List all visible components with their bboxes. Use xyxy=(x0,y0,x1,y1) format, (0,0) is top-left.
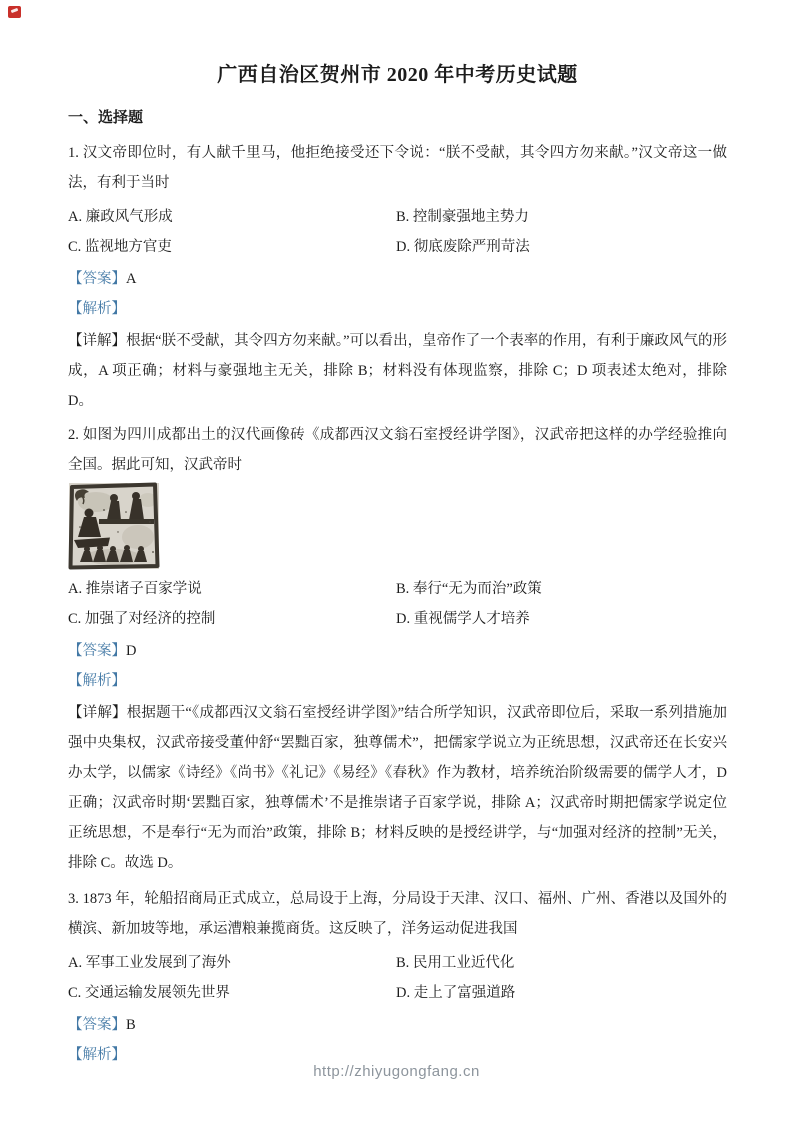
question-2-option-c: C. 加强了对经济的控制 xyxy=(68,604,396,634)
question-2-option-b: B. 奉行“无为而治”政策 xyxy=(396,574,727,604)
question-3-option-a: A. 军事工业发展到了海外 xyxy=(68,948,396,978)
question-3-stem: 3. 1873 年，轮船招商局正式成立，总局设于上海，分局设于天津、汉口、福州、… xyxy=(68,884,727,944)
question-3-option-b: B. 民用工业近代化 xyxy=(396,948,727,978)
question-3-option-d: D. 走上了富强道路 xyxy=(396,978,727,1008)
q2-han-pictorial-brick-image xyxy=(68,482,727,570)
question-1-detail-text: 根据“朕不受献，其令四方勿来献。”可以看出，皇帝作了一个表率的作用，有利于廉政风… xyxy=(68,333,727,409)
question-2-detail: 【详解】根据题干“《成都西汉文翁石室授经讲学图》”结合所学知识，汉武帝即位后，采… xyxy=(68,698,727,878)
detail-label: 【详解】 xyxy=(68,705,127,721)
answer-label: 【答案】 xyxy=(68,1017,126,1033)
corner-logo-icon xyxy=(8,6,21,18)
question-2-stem: 2. 如图为四川成都出土的汉代画像砖《成都西汉文翁石室授经讲学图》，汉武帝把这样… xyxy=(68,420,727,480)
question-1-option-a: A. 廉政风气形成 xyxy=(68,202,396,232)
question-2-answer-value: D xyxy=(126,643,136,659)
question-1-options: A. 廉政风气形成 B. 控制豪强地主势力 C. 监视地方官吏 D. 彻底废除严… xyxy=(68,202,727,262)
question-1-answer-line: 【答案】A xyxy=(68,264,727,294)
question-1-analysis-line: 【解析】 xyxy=(68,294,727,324)
analysis-label: 【解析】 xyxy=(68,673,126,689)
question-2-options: A. 推崇诸子百家学说 B. 奉行“无为而治”政策 C. 加强了对经济的控制 D… xyxy=(68,574,727,634)
question-3-option-c: C. 交通运输发展领先世界 xyxy=(68,978,396,1008)
document-content: 广西自治区贺州市 2020 年中考历史试题 一、选择题 1. 汉文帝即位时，有人… xyxy=(68,0,727,1070)
exam-title: 广西自治区贺州市 2020 年中考历史试题 xyxy=(68,60,727,90)
question-2-option-d: D. 重视儒学人才培养 xyxy=(396,604,727,634)
document-page: 广西自治区贺州市 2020 年中考历史试题 一、选择题 1. 汉文帝即位时，有人… xyxy=(0,0,793,1122)
answer-label: 【答案】 xyxy=(68,271,126,287)
question-3-options: A. 军事工业发展到了海外 B. 民用工业近代化 C. 交通运输发展领先世界 D… xyxy=(68,948,727,1008)
question-3-answer-value: B xyxy=(126,1017,136,1033)
question-2-detail-text: 根据题干“《成都西汉文翁石室授经讲学图》”结合所学知识，汉武帝即位后，采取一系列… xyxy=(68,705,727,871)
analysis-label: 【解析】 xyxy=(68,301,126,317)
question-2-answer-line: 【答案】D xyxy=(68,636,727,666)
question-1-option-b: B. 控制豪强地主势力 xyxy=(396,202,727,232)
question-2-option-a: A. 推崇诸子百家学说 xyxy=(68,574,396,604)
question-3-answer-line: 【答案】B xyxy=(68,1010,727,1040)
question-1-option-d: D. 彻底废除严刑苛法 xyxy=(396,232,727,262)
section-heading: 一、选择题 xyxy=(68,104,727,132)
question-1-option-c: C. 监视地方官吏 xyxy=(68,232,396,262)
detail-label: 【详解】 xyxy=(68,333,126,349)
question-2-analysis-line: 【解析】 xyxy=(68,666,727,696)
answer-label: 【答案】 xyxy=(68,643,126,659)
question-1-detail: 【详解】根据“朕不受献，其令四方勿来献。”可以看出，皇帝作了一个表率的作用，有利… xyxy=(68,326,727,416)
question-1-answer-value: A xyxy=(126,271,136,287)
analysis-label: 【解析】 xyxy=(68,1047,126,1063)
footer-url: http://zhiyugongfang.cn xyxy=(0,1063,793,1080)
question-1-stem: 1. 汉文帝即位时，有人献千里马，他拒绝接受还下令说：“朕不受献，其令四方勿来献… xyxy=(68,138,727,198)
